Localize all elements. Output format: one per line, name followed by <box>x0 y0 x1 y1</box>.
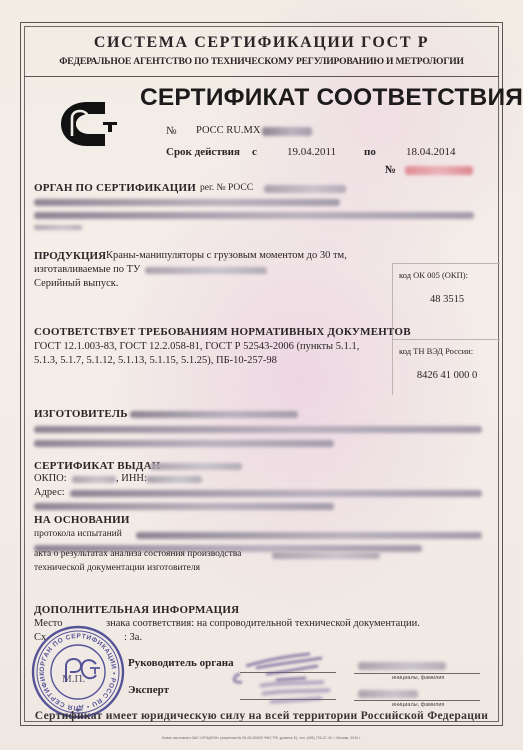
certification-body-heading: ОРГАН ПО СЕРТИФИКАЦИИ <box>34 182 196 194</box>
tech-docs-label: технической документации изготовителя <box>34 563 200 573</box>
redacted-form-number <box>405 166 473 175</box>
head-name-line <box>354 673 480 674</box>
okp-code-label: код ОК 005 (ОКП): <box>399 270 468 280</box>
expert-signature <box>250 676 340 710</box>
production-act-label: акта о результатах анализа состояния про… <box>34 549 241 559</box>
redacted-manufacturer-name <box>130 411 298 418</box>
redacted-okpo <box>72 476 116 483</box>
product-line-3: Серийный выпуск. <box>34 278 118 289</box>
redacted-manufacturer-address <box>34 426 482 433</box>
test-protocol-label: протокола испытаний <box>34 529 122 539</box>
certificate-title: СЕРТИФИКАТ СООТВЕТСТВИЯ <box>140 84 523 112</box>
agency-name: ФЕДЕРАЛЬНОЕ АГЕНТСТВО ПО ТЕХНИЧЕСКОМУ РЕ… <box>24 56 499 67</box>
mark-place-text: знака соответствия: на сопроводительной … <box>106 618 420 629</box>
redacted-head-name <box>358 662 446 670</box>
form-number-label: № <box>385 164 396 176</box>
okp-code-value: 48 3515 <box>393 294 501 305</box>
okpo-label: ОКПО: <box>34 473 67 484</box>
validity-to-label: по <box>364 146 376 158</box>
validity-from-label: с <box>252 146 257 158</box>
redacted-reg-number <box>264 185 346 193</box>
tnved-code-label: код ТН ВЭД России: <box>399 346 473 356</box>
redacted-production-act <box>272 552 380 559</box>
redacted-test-protocol <box>136 532 482 539</box>
certification-body-stamp-icon: ОРГАН ПО СЕРТИФИКАЦИИ • РОСС RU • ДЛЯ СЕ… <box>30 624 126 720</box>
legal-validity-note: Сертификат имеет юридическую силу на все… <box>24 709 499 722</box>
certification-body-reg-label: рег. № РОСС <box>200 183 253 193</box>
redacted-issued-to-name <box>150 463 242 470</box>
manufacturer-heading: ИЗГОТОВИТЕЛЬ <box>34 408 128 420</box>
scheme-text: : 3а. <box>124 632 142 643</box>
address-label: Адрес: <box>34 487 65 498</box>
certificate-number-prefix: РОСС RU.МХ <box>196 125 260 136</box>
expert-name-caption: инициалы, фамилия <box>392 702 444 708</box>
compliance-heading: СООТВЕТСТВУЕТ ТРЕБОВАНИЯМ НОРМАТИВНЫХ ДО… <box>34 326 411 338</box>
form-printer-note: Бланк изготовлен ЗАО «ОПЦИОН» (лицензия … <box>0 736 523 740</box>
system-title: СИСТЕМА СЕРТИФИКАЦИИ ГОСТ Р <box>24 34 499 52</box>
redacted-body-address-tail <box>34 225 82 230</box>
product-line-2: изготавливаемые по ТУ <box>34 264 140 275</box>
compliance-line-1: ГОСТ 12.1.003-83, ГОСТ 12.2.058-81, ГОСТ… <box>34 341 359 352</box>
inn-label: , ИНН: <box>116 473 147 484</box>
redacted-inn <box>146 476 202 483</box>
header-divider <box>24 76 499 77</box>
redacted-manufacturer-address-2 <box>34 440 334 447</box>
validity-label: Срок действия <box>166 146 240 158</box>
redacted-tu-number <box>145 267 267 274</box>
head-name-caption: инициалы, фамилия <box>392 675 444 681</box>
compliance-line-2: 5.1.3, 5.1.7, 5.1.12, 5.1.13, 5.1.15, 5.… <box>34 355 277 366</box>
redacted-address <box>70 490 482 497</box>
valid-from-date: 19.04.2011 <box>287 146 336 158</box>
expert-label: Эксперт <box>128 684 169 696</box>
product-heading: ПРОДУКЦИЯ <box>34 250 106 262</box>
rst-mark-icon <box>57 100 121 148</box>
basis-heading: НА ОСНОВАНИИ <box>34 514 130 526</box>
redacted-body-name <box>34 199 340 206</box>
tnved-code-box: код ТН ВЭД России: 8426 41 000 0 <box>392 339 500 395</box>
certificate-number-label: № <box>166 125 177 137</box>
redacted-body-address <box>34 212 474 219</box>
redacted-certificate-number <box>262 127 312 136</box>
redacted-expert-name <box>358 690 418 698</box>
tnved-code-value: 8426 41 000 0 <box>393 370 501 381</box>
head-of-body-label: Руководитель органа <box>128 657 234 669</box>
valid-to-date: 18.04.2014 <box>406 146 456 158</box>
issued-to-heading: СЕРТИФИКАТ ВЫДАН <box>34 460 160 472</box>
additional-info-heading: ДОПОЛНИТЕЛЬНАЯ ИНФОРМАЦИЯ <box>34 604 239 616</box>
redacted-address-2 <box>34 503 334 510</box>
product-line-1: Краны-манипуляторы с грузовым моментом д… <box>106 250 347 261</box>
expert-name-line <box>354 700 480 701</box>
